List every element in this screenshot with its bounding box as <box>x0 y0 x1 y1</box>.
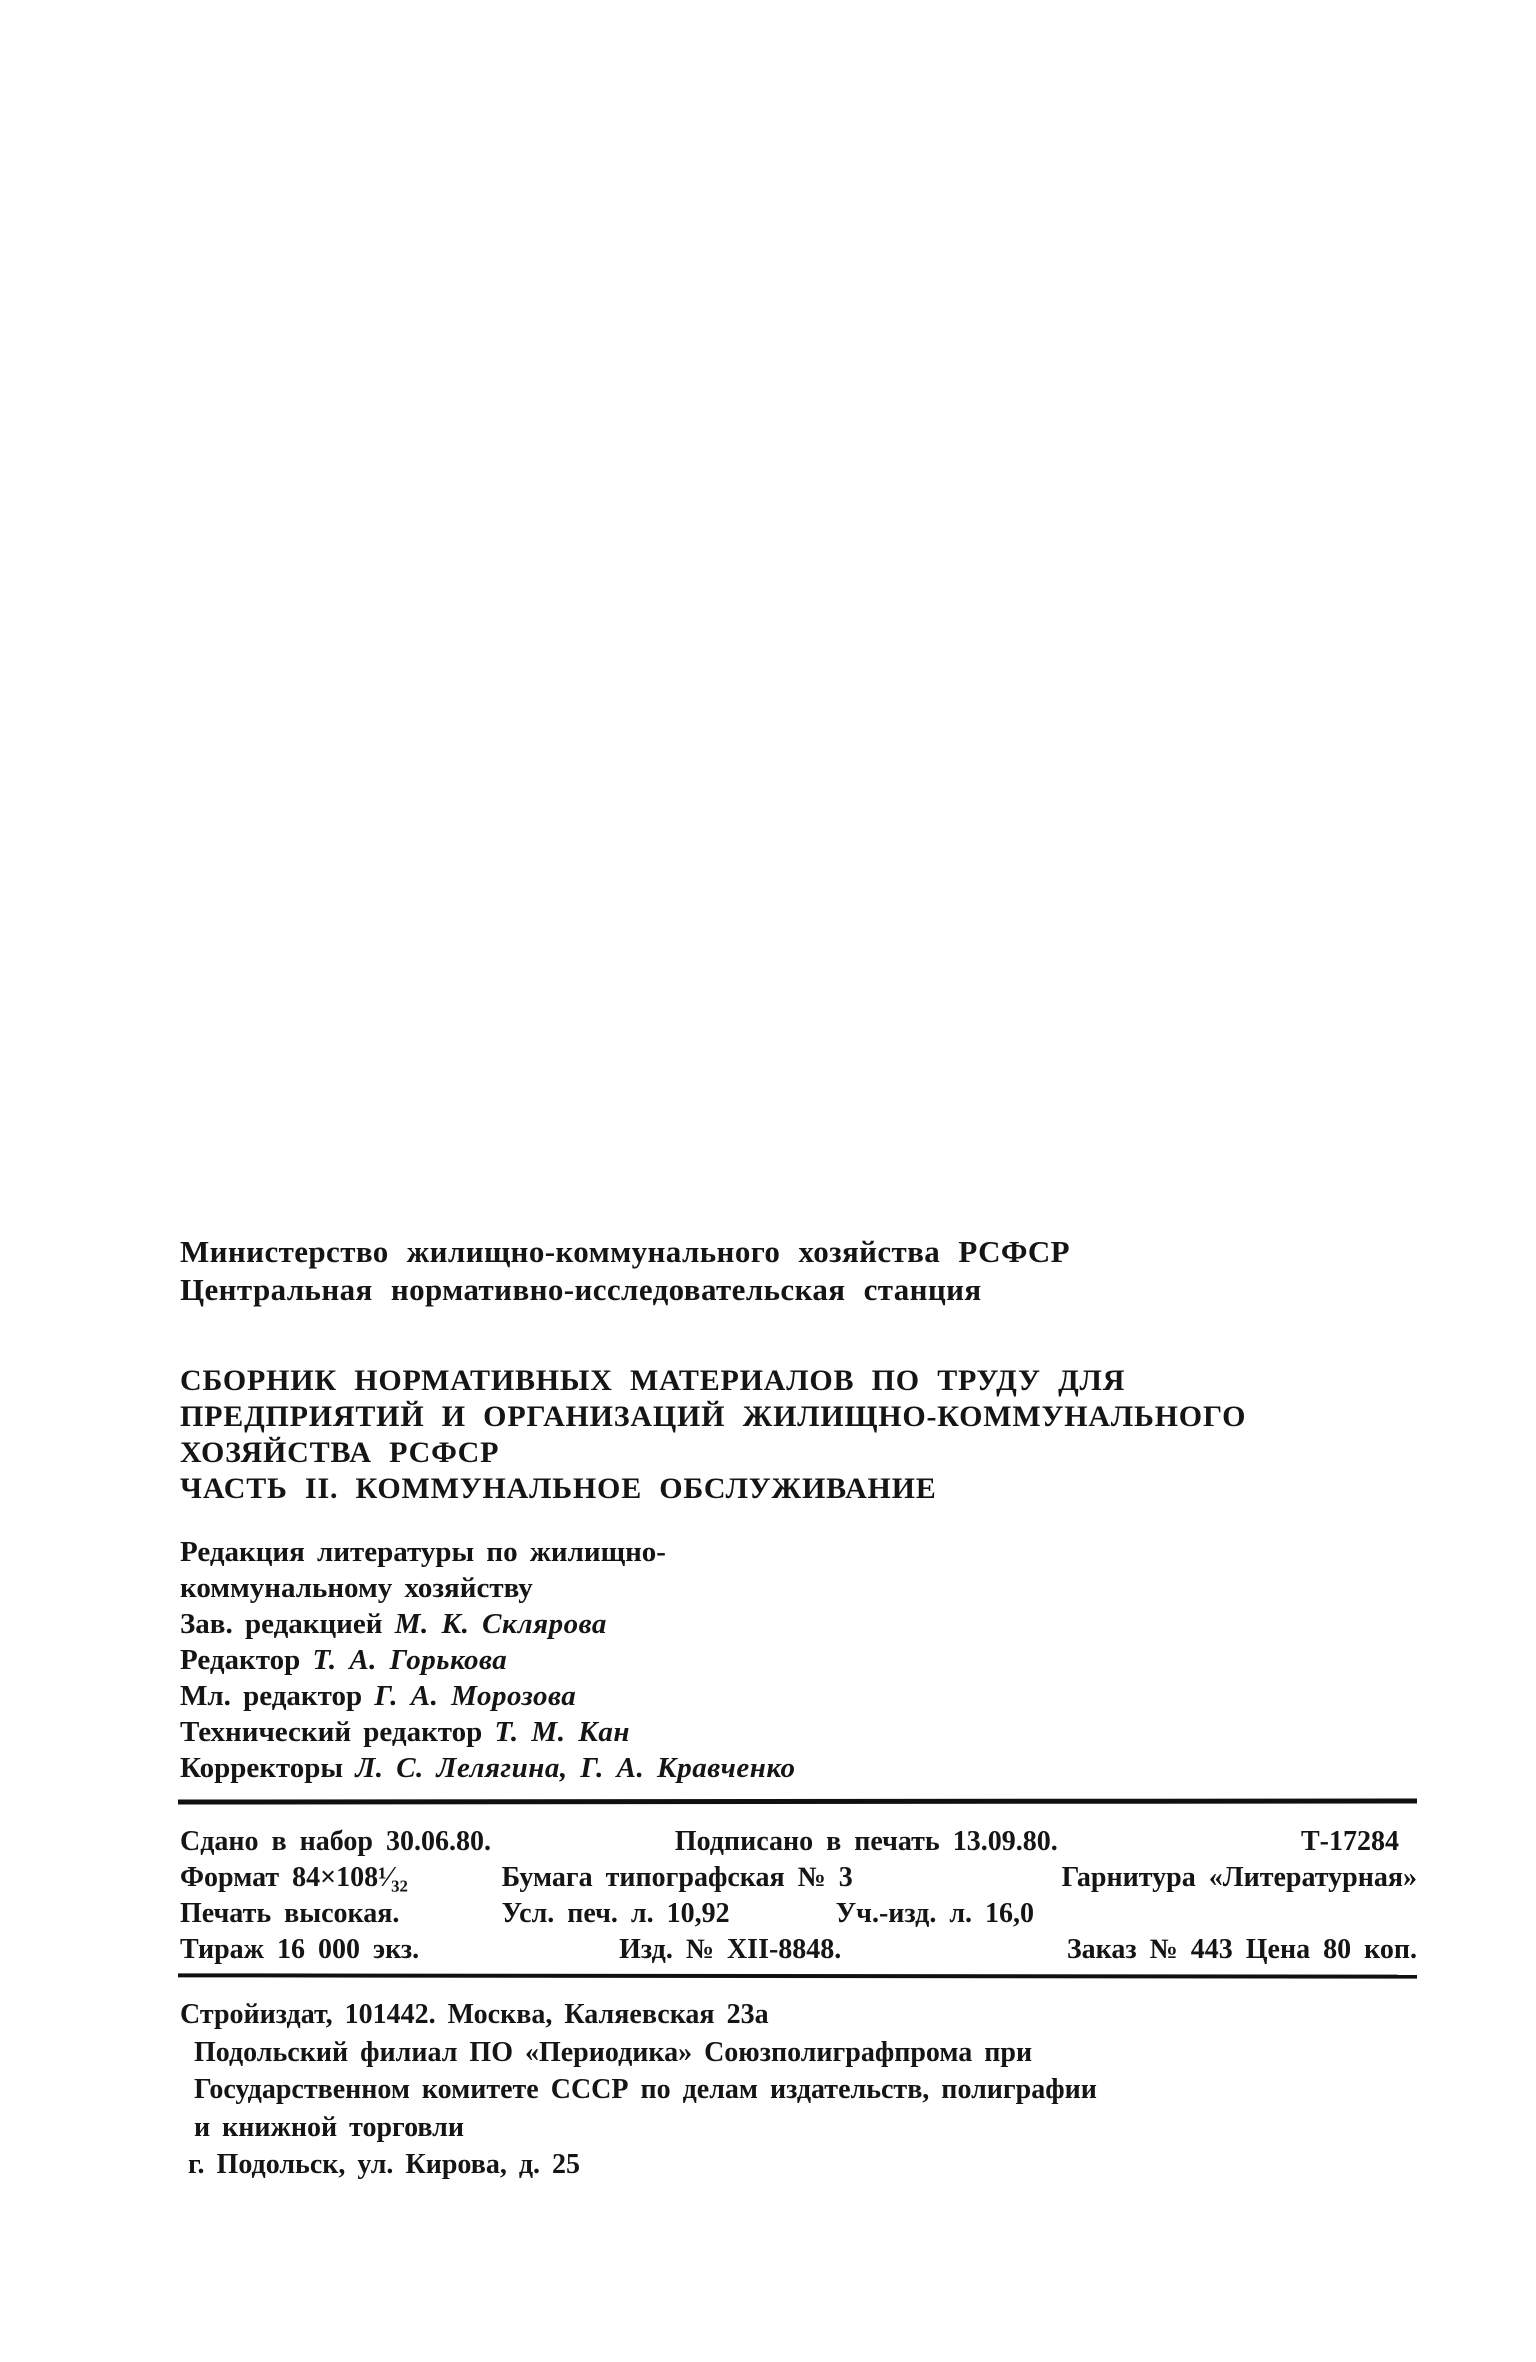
editorial-label: коммунальному хозяйству <box>180 1572 533 1604</box>
printing-house-line: и книжной торговли <box>180 2109 1417 2147</box>
research-station-line: Центральная нормативно-исследовательская… <box>180 1271 1417 1309</box>
paper-type: Бумага типографская № 3 <box>502 1862 853 1894</box>
imprint-row: Тираж 16 000 экз. Изд. № XII-8848. Заказ… <box>180 1934 1417 1970</box>
editorial-line: Зав. редакцией М. К. Склярова <box>180 1606 1417 1642</box>
printing-house-address: г. Подольск, ул. Кирова, д. 25 <box>180 2146 1417 2184</box>
printing-house-line: Государственном комитете СССР по делам и… <box>180 2071 1417 2109</box>
order-and-price: Заказ № 443 Цена 80 коп. <box>1067 1934 1417 1966</box>
editorial-line: Корректоры Л. С. Лелягина, Г. А. Кравчен… <box>180 1750 1417 1786</box>
ministry-line: Министерство жилищно-коммунального хозяй… <box>180 1233 1417 1271</box>
editorial-person-name: Т. А. Горькова <box>312 1644 507 1676</box>
editorial-person-name: Л. С. Лелягина, Г. А. Кравченко <box>355 1752 795 1784</box>
print-method: Печать высокая. <box>180 1898 399 1930</box>
title-line: ПРЕДПРИЯТИЙ И ОРГАНИЗАЦИЙ ЖИЛИЩНО-КОММУН… <box>180 1399 1417 1435</box>
editorial-line: коммунальному хозяйству <box>180 1570 1417 1606</box>
edition-number: Изд. № XII-8848. <box>619 1934 841 1966</box>
editorial-person-name: М. К. Склярова <box>395 1608 607 1640</box>
editorial-line: Редактор Т. А. Горькова <box>180 1642 1417 1678</box>
publisher-block: Министерство жилищно-коммунального хозяй… <box>180 1233 1417 1309</box>
editorial-label: Мл. редактор <box>180 1680 362 1712</box>
typeset-date: Сдано в набор 30.06.80. <box>180 1826 491 1858</box>
editorial-person-name: Т. М. Кан <box>495 1716 630 1748</box>
editorial-person-name: Г. А. Морозова <box>374 1680 576 1712</box>
editorial-label: Технический редактор <box>180 1716 482 1748</box>
publisher-address: Стройиздат, 101442. Москва, Каляевская 2… <box>180 1996 1417 2034</box>
editorial-credits: Редакция литературы по жилищно- коммунал… <box>180 1534 1417 1786</box>
editorial-label: Редакция литературы по жилищно- <box>180 1536 666 1568</box>
editorial-label: Корректоры <box>180 1752 343 1784</box>
publisher-sheets: Уч.-изд. л. 16,0 <box>836 1898 1034 1930</box>
editorial-line: Мл. редактор Г. А. Морозова <box>180 1678 1417 1714</box>
editorial-label: Зав. редакцией <box>180 1608 382 1640</box>
editorial-line: Технический редактор Т. М. Кан <box>180 1714 1417 1750</box>
title-line: ХОЗЯЙСТВА РСФСР <box>180 1435 1417 1471</box>
imprint-row: Формат 84×108¹⁄₃₂ Бумага типографская № … <box>180 1862 1417 1898</box>
title-line: СБОРНИК НОРМАТИВНЫХ МАТЕРИАЛОВ ПО ТРУДУ … <box>180 1363 1417 1399</box>
horizontal-rule-top <box>178 1798 1417 1804</box>
address-block: Стройиздат, 101442. Москва, Каляевская 2… <box>180 1996 1417 2184</box>
editorial-line: Редакция литературы по жилищно- <box>180 1534 1417 1570</box>
imprint-block: Сдано в набор 30.06.80. Подписано в печа… <box>180 1826 1417 1970</box>
editorial-label: Редактор <box>180 1644 300 1676</box>
print-run: Тираж 16 000 экз. <box>180 1934 419 1966</box>
format: Формат 84×108¹⁄₃₂ <box>180 1862 408 1894</box>
book-title: СБОРНИК НОРМАТИВНЫХ МАТЕРИАЛОВ ПО ТРУДУ … <box>180 1363 1417 1507</box>
print-date: Подписано в печать 13.09.80. <box>675 1826 1058 1858</box>
scanned-colophon-page: Министерство жилищно-коммунального хозяй… <box>0 0 1536 2362</box>
typeface: Гарнитура «Литературная» <box>1062 1862 1417 1894</box>
printing-house-line: Подольский филиал ПО «Периодика» Союзпол… <box>180 2034 1417 2072</box>
t-number: Т-17284 <box>1301 1826 1399 1858</box>
imprint-row: Сдано в набор 30.06.80. Подписано в печа… <box>180 1826 1417 1862</box>
title-line: ЧАСТЬ II. КОММУНАЛЬНОЕ ОБСЛУЖИВАНИЕ <box>180 1471 1417 1507</box>
imprint-row: Печать высокая. Усл. печ. л. 10,92 Уч.-и… <box>180 1898 1417 1934</box>
horizontal-rule-bottom <box>178 1973 1417 1978</box>
conventional-sheets: Усл. печ. л. 10,92 <box>502 1898 730 1930</box>
